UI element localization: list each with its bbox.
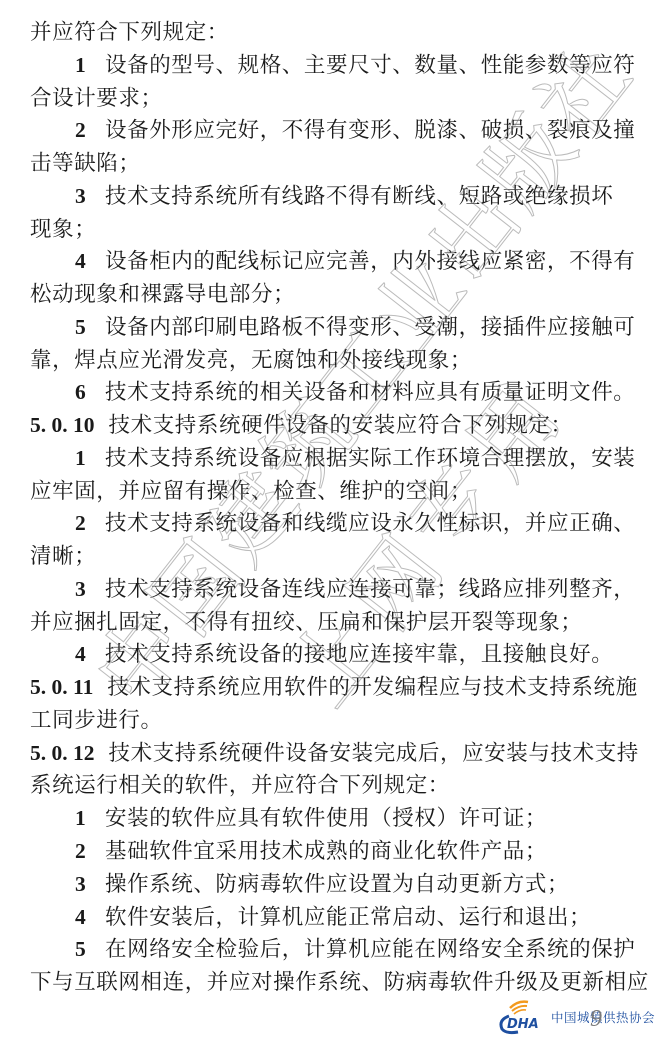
item-number: 4 xyxy=(75,245,105,278)
item-number: 3 xyxy=(75,868,105,901)
line-text: 技术支持系统设备和线缆应设永久性标识，并应正确、 xyxy=(105,511,635,536)
text-line: 系统运行相关的软件，并应符合下列规定： xyxy=(30,769,642,802)
item-number: 2 xyxy=(75,114,105,147)
line-text: 安装的软件应具有软件使用（授权）许可证； xyxy=(105,806,547,831)
item-number: 2 xyxy=(75,507,105,540)
line-text: 技术支持系统应用软件的开发编程应与技术支持系统施 xyxy=(107,675,637,700)
list-item-line: 1安装的软件应具有软件使用（授权）许可证； xyxy=(75,802,661,835)
line-text: 在网络安全检验后，计算机应能在网络安全系统的保护 xyxy=(105,937,635,962)
line-text: 工同步进行。 xyxy=(30,708,163,733)
line-text: 技术支持系统的相关设备和材料应具有质量证明文件。 xyxy=(105,380,635,405)
item-number: 3 xyxy=(75,573,105,606)
item-number: 6 xyxy=(75,376,105,409)
item-number: 5 xyxy=(75,311,105,344)
list-item-line: 4设备柜内的配线标记应完善，内外接线应紧密，不得有 xyxy=(75,245,661,278)
line-text: 并应符合下列规定： xyxy=(30,20,229,45)
clause-number: 5. 0. 11 xyxy=(30,671,93,704)
line-text: 技术支持系统所有线路不得有断线、短路或绝缘损坏 xyxy=(105,184,613,209)
clause-line: 5. 0. 12技术支持系统硬件设备安装完成后，应安装与技术支持 xyxy=(30,737,642,770)
text-line: 现象； xyxy=(30,213,642,246)
dha-logo-icon: DHA xyxy=(496,996,550,1036)
clause-line: 5. 0. 11技术支持系统应用软件的开发编程应与技术支持系统施 xyxy=(30,671,642,704)
line-text: 下与互联网相连，并应对操作系统、防病毒软件升级及更新相应 xyxy=(30,970,649,995)
association-logo: DHA 中国城镇供热协会 xyxy=(496,996,656,1036)
list-item-line: 4软件安装后，计算机应能正常启动、运行和退出； xyxy=(75,901,661,934)
line-text: 合设计要求； xyxy=(30,86,163,111)
list-item-line: 2基础软件宜采用技术成熟的商业化软件产品； xyxy=(75,835,661,868)
text-line: 靠，焊点应光滑发亮，无腐蚀和外接线现象； xyxy=(30,344,642,377)
list-item-line: 2设备外形应完好，不得有变形、脱漆、破损、裂痕及撞 xyxy=(75,114,661,147)
list-item-line: 5在网络安全检验后，计算机应能在网络安全系统的保护 xyxy=(75,933,661,966)
text-line: 并应符合下列规定： xyxy=(30,16,642,49)
svg-text:DHA: DHA xyxy=(507,1017,539,1032)
line-text: 基础软件宜采用技术成熟的商业化软件产品； xyxy=(105,839,547,864)
item-number: 1 xyxy=(75,442,105,475)
item-number: 1 xyxy=(75,802,105,835)
list-item-line: 3技术支持系统设备连线应连接可靠；线路应排列整齐， xyxy=(75,573,661,606)
text-line: 清晰； xyxy=(30,540,642,573)
line-text: 设备的型号、规格、主要尺寸、数量、性能参数等应符 xyxy=(105,53,635,78)
line-text: 技术支持系统设备的接地应连接牢靠，且接触良好。 xyxy=(105,642,613,667)
line-text: 清晰； xyxy=(30,544,96,569)
line-text: 系统运行相关的软件，并应符合下列规定： xyxy=(30,773,450,798)
line-text: 并应捆扎固定，不得有扭绞、压扁和保护层开裂等现象； xyxy=(30,610,583,635)
list-item-line: 2技术支持系统设备和线缆应设永久性标识，并应正确、 xyxy=(75,507,661,540)
line-text: 设备柜内的配线标记应完善，内外接线应紧密，不得有 xyxy=(105,249,635,274)
document-page: 并应符合下列规定：1设备的型号、规格、主要尺寸、数量、性能参数等应符合设计要求；… xyxy=(0,0,661,1041)
text-line: 松动现象和裸露导电部分； xyxy=(30,278,642,311)
line-text: 技术支持系统硬件设备的安装应符合下列规定： xyxy=(109,413,573,438)
clause-number: 5. 0. 12 xyxy=(30,737,95,770)
list-item-line: 1技术支持系统设备应根据实际工作环境合理摆放，安装 xyxy=(75,442,661,475)
text-line: 下与互联网相连，并应对操作系统、防病毒软件升级及更新相应 xyxy=(30,966,642,999)
item-number: 3 xyxy=(75,180,105,213)
item-number: 4 xyxy=(75,638,105,671)
list-item-line: 5设备内部印刷电路板不得变形、受潮，接插件应接触可 xyxy=(75,311,661,344)
text-line: 击等缺陷； xyxy=(30,147,642,180)
line-text: 应牢固，并应留有操作、检查、维护的空间； xyxy=(30,479,472,504)
line-text: 设备外形应完好，不得有变形、脱漆、破损、裂痕及撞 xyxy=(105,118,635,143)
line-text: 击等缺陷； xyxy=(30,151,141,176)
line-text: 设备内部印刷电路板不得变形、受潮，接插件应接触可 xyxy=(105,315,635,340)
list-item-line: 4技术支持系统设备的接地应连接牢靠，且接触良好。 xyxy=(75,638,661,671)
clause-line: 5. 0. 10技术支持系统硬件设备的安装应符合下列规定： xyxy=(30,409,642,442)
item-number: 1 xyxy=(75,49,105,82)
line-text: 技术支持系统设备连线应连接可靠；线路应排列整齐， xyxy=(105,577,635,602)
line-text: 现象； xyxy=(30,217,96,242)
list-item-line: 3技术支持系统所有线路不得有断线、短路或绝缘损坏 xyxy=(75,180,661,213)
list-item-line: 3操作系统、防病毒软件应设置为自动更新方式； xyxy=(75,868,661,901)
line-text: 靠，焊点应光滑发亮，无腐蚀和外接线现象； xyxy=(30,348,472,373)
line-text: 操作系统、防病毒软件应设置为自动更新方式； xyxy=(105,872,569,897)
item-number: 5 xyxy=(75,933,105,966)
list-item-line: 6技术支持系统的相关设备和材料应具有质量证明文件。 xyxy=(75,376,661,409)
text-line: 合设计要求； xyxy=(30,82,642,115)
line-text: 技术支持系统硬件设备安装完成后，应安装与技术支持 xyxy=(109,741,639,766)
clause-number: 5. 0. 10 xyxy=(30,409,95,442)
text-line: 工同步进行。 xyxy=(30,704,642,737)
text-line: 并应捆扎固定，不得有扭绞、压扁和保护层开裂等现象； xyxy=(30,606,642,639)
association-name: 中国城镇供热协会 xyxy=(551,1008,655,1026)
line-text: 软件安装后，计算机应能正常启动、运行和退出； xyxy=(105,905,591,930)
text-line: 应牢固，并应留有操作、检查、维护的空间； xyxy=(30,475,642,508)
line-text: 技术支持系统设备应根据实际工作环境合理摆放，安装 xyxy=(105,446,635,471)
page-number: 9 xyxy=(590,1006,602,1033)
item-number: 4 xyxy=(75,901,105,934)
line-text: 松动现象和裸露导电部分； xyxy=(30,282,295,307)
list-item-line: 1设备的型号、规格、主要尺寸、数量、性能参数等应符 xyxy=(75,49,661,82)
item-number: 2 xyxy=(75,835,105,868)
